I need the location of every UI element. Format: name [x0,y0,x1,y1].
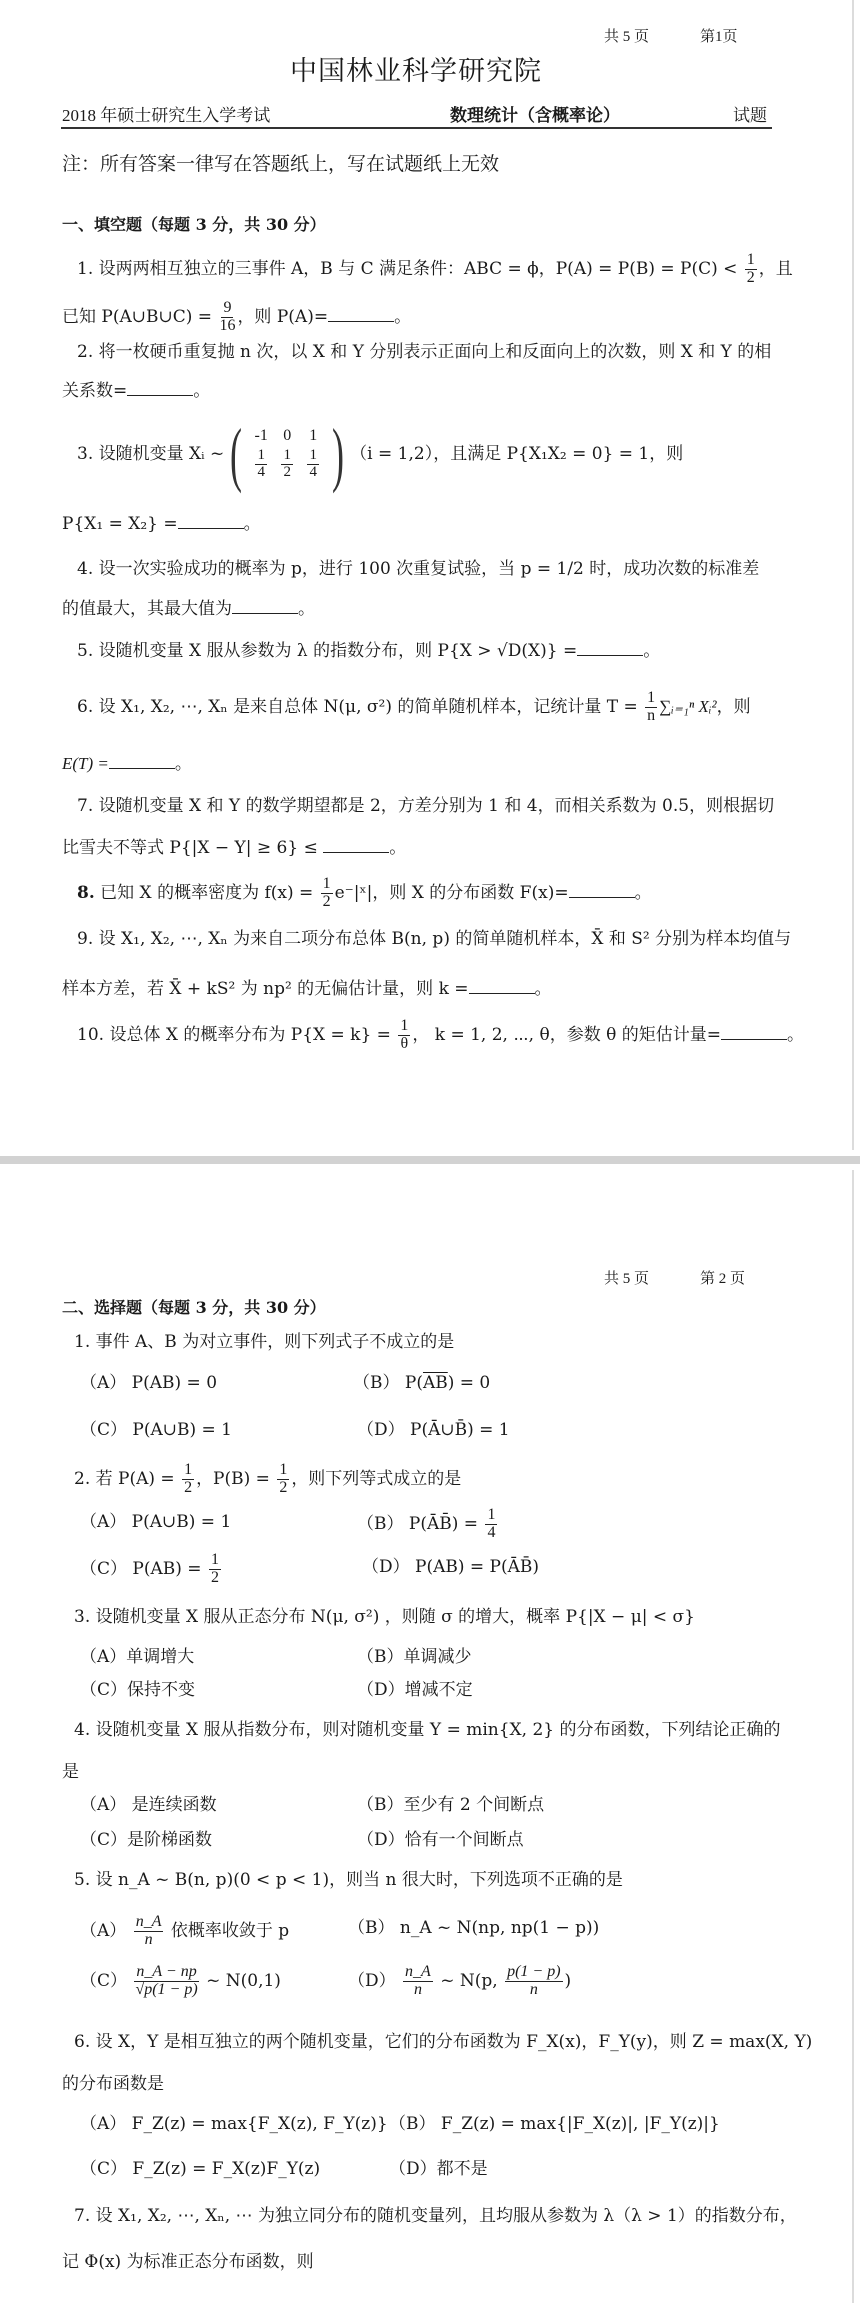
fill-q9-line1: 9. 设 X₁, X₂, ⋯, Xₙ 为来自二项分布总体 B(n, p) 的简单… [77,931,791,948]
fraction: 1n [645,690,657,725]
choice-q6-option-c: （C） F_Z(z) = F_X(z)F_Y(z) [80,2161,320,2178]
choice-q6-option-a: （A） F_Z(z) = max{F_X(z), F_Y(z)} [80,2116,388,2133]
choice-q6-line1: 6. 设 X，Y 是相互独立的两个随机变量，它们的分布函数为 F_X(x)，F_… [74,2034,812,2051]
answer-blank [577,641,643,656]
choice-q1-option-c: （C） P(A∪B) = 1 [80,1422,232,1439]
choice-q4-option-a: （A） 是连续函数 [80,1797,217,1814]
choice-q6-option-b: （B） F_Z(z) = max{|F_X(z)|, |F_Y(z)|} [389,2116,720,2133]
choice-q3-option-a: （A）单调增大 [80,1649,194,1666]
choice-q3-option-c: （C）保持不变 [80,1682,195,1699]
distribution-matrix: ( -1 0 1 14 12 14 ) [224,418,350,490]
choice-q7-line2: 记 Φ(x) 为标准正态分布函数，则 [62,2254,314,2271]
fraction: 1θ [398,1018,410,1053]
choice-q2-option-c: （C） P(AB) = 12 [80,1552,223,1587]
answer-blank [328,307,394,322]
answer-blank [469,979,535,994]
choice-q6-option-d: （D）都不是 [389,2161,488,2178]
fill-q6-line2: E(T) =。 [62,754,192,773]
page-number: 第1页 [700,30,738,45]
fill-q2-line2: 关系数=。 [62,381,210,400]
fill-q5: 5. 设随机变量 X 服从参数为 λ 的指数分布，则 P{X > √D(X)} … [77,641,660,660]
answer-blank [109,754,175,769]
answer-blank [721,1025,787,1040]
choice-q7-line1: 7. 设 X₁, X₂, ⋯, Xₙ, ⋯ 为独立同分布的随机变量列，且均服从参… [74,2208,797,2225]
fraction: 12 [745,252,757,287]
choice-q3-option-d: （D）增减不定 [357,1682,473,1699]
page-separator [0,1156,860,1164]
section-1-heading: 一、填空题（每题 3 分，共 30 分） [62,217,326,233]
choice-q2-option-a: （A） P(A∪B) = 1 [80,1514,231,1531]
choice-q4-option-c: （C）是阶梯函数 [80,1832,212,1849]
page-edge [852,0,854,1150]
fill-q7-line1: 7. 设随机变量 X 和 Y 的数学期望都是 2，方差分别为 1 和 4，而相关… [77,798,774,815]
choice-q3-stem: 3. 设随机变量 X 服从正态分布 N(μ, σ²) ，则随 σ 的增大，概率 … [74,1609,695,1626]
fill-q3-line2: P{X₁ = X₂} =。 [62,514,261,533]
fraction: n_A − np√p(1 − p) [134,1964,198,1999]
fill-q1-line2: 已知 P(A∪B∪C) = 916，则 P(A)=。 [62,300,411,335]
fill-q10: 10. 设总体 X 的概率分布为 P{X = k} = 1θ， k = 1, 2… [77,1018,804,1053]
section-2-heading: 二、选择题（每题 3 分，共 30 分） [62,1300,326,1316]
fraction: 916 [219,300,235,335]
choice-q4-option-d: （D）恰有一个间断点 [357,1832,524,1849]
page-edge [852,1170,854,2303]
fill-q7-line2: 比雪夫不等式 P{|X − Y| ≥ 6} ≤ 。 [62,838,406,857]
page-number: 第 2 页 [700,1272,745,1287]
exam-label: 试题 [733,107,767,124]
choice-q5-option-a: （A） n_An 依概率收敛于 p [80,1914,289,1949]
choice-q2-stem: 2. 若 P(A) = 12，P(B) = 12，则下列等式成立的是 [74,1462,461,1497]
fraction: n_An [403,1964,433,1999]
choice-q6-line2: 的分布函数是 [62,2076,164,2093]
fill-q3-line1: 3. 设随机变量 Xᵢ ~ ( -1 0 1 14 12 14 ) （i = 1… [77,418,683,490]
choice-q4-line2: 是 [62,1764,79,1781]
fill-q4-line2: 的值最大，其最大值为。 [62,599,315,618]
header-underline [61,127,772,129]
fill-q4-line1: 4. 设一次实验成功的概率为 p，进行 100 次重复试验，当 p = 1/2 … [77,561,759,578]
exam-page-2: 共 5 页 第 2 页 二、选择题（每题 3 分，共 30 分） 1. 事件 A… [0,1164,860,2303]
answer-blank [323,838,389,853]
answer-note: 注：所有答案一律写在答题纸上，写在试题纸上无效 [62,155,499,174]
fraction: 12 [321,876,333,911]
fill-q1-line1: 1. 设两两相互独立的三事件 A，B 与 C 满足条件：ABC = ϕ，P(A)… [77,252,793,287]
choice-q1-option-d: （D） P(Ā∪B̄) = 1 [357,1422,510,1439]
choice-q5-stem: 5. 设 n_A ~ B(n, p)(0 < p < 1)，则当 n 很大时，下… [74,1872,623,1889]
fraction: p(1 − p)n [505,1964,562,1999]
answer-blank [232,599,298,614]
choice-q2-option-b: （B） P(ĀB̄) = 14 [357,1507,499,1542]
page-count: 共 5 页 [604,1272,649,1287]
institution-title: 中国林业科学研究院 [290,58,542,85]
choice-q1-option-a: （A） P(AB) = 0 [80,1375,217,1392]
choice-q4-option-b: （B）至少有 2 个间断点 [357,1797,544,1814]
subject-name: 数理统计（含概率论） [450,107,620,124]
answer-blank [178,514,244,529]
choice-q1-option-b: （B） P(AB) = 0 [353,1375,490,1392]
choice-q5-option-d: （D） n_An ~ N(p, p(1 − p)n) [348,1964,571,1999]
exam-name: 2018 年硕士研究生入学考试 [62,107,270,124]
answer-blank [127,381,193,396]
choice-q5-option-b: （B） n_A ~ N(np, np(1 − p)) [348,1920,599,1937]
choice-q1-stem: 1. 事件 A、B 为对立事件，则下列式子不成立的是 [74,1334,454,1351]
page-count: 共 5 页 [604,30,649,45]
fill-q2-line1: 2. 将一枚硬币重复抛 n 次，以 X 和 Y 分别表示正面向上和反面向上的次数… [77,344,771,361]
choice-q2-option-d: （D） P(AB) = P(ĀB̄) [362,1559,539,1576]
fraction: 12 [277,1462,289,1497]
exam-page-1: 共 5 页 第1页 中国林业科学研究院 2018 年硕士研究生入学考试 数理统计… [0,0,860,1156]
fraction: n_An [134,1914,164,1949]
answer-blank [569,883,635,898]
fraction: 12 [209,1552,221,1587]
fraction: 14 [485,1507,497,1542]
choice-q5-option-c: （C） n_A − np√p(1 − p) ~ N(0,1) [80,1964,281,1999]
fill-q6-line1: 6. 设 X₁, X₂, ⋯, Xₙ 是来自总体 N(μ, σ²) 的简单随机样… [77,690,751,725]
fill-q9-line2: 样本方差，若 X̄ + kS² 为 np² 的无偏估计量，则 k =。 [62,979,552,998]
choice-q3-option-b: （B）单调减少 [357,1649,472,1666]
fill-q8: 8. 已知 X 的概率密度为 f(x) = 12e⁻|ˣ|，则 X 的分布函数 … [77,876,652,911]
fraction: 12 [182,1462,194,1497]
choice-q4-line1: 4. 设随机变量 X 服从指数分布，则对随机变量 Y = min{X, 2} 的… [74,1722,780,1739]
